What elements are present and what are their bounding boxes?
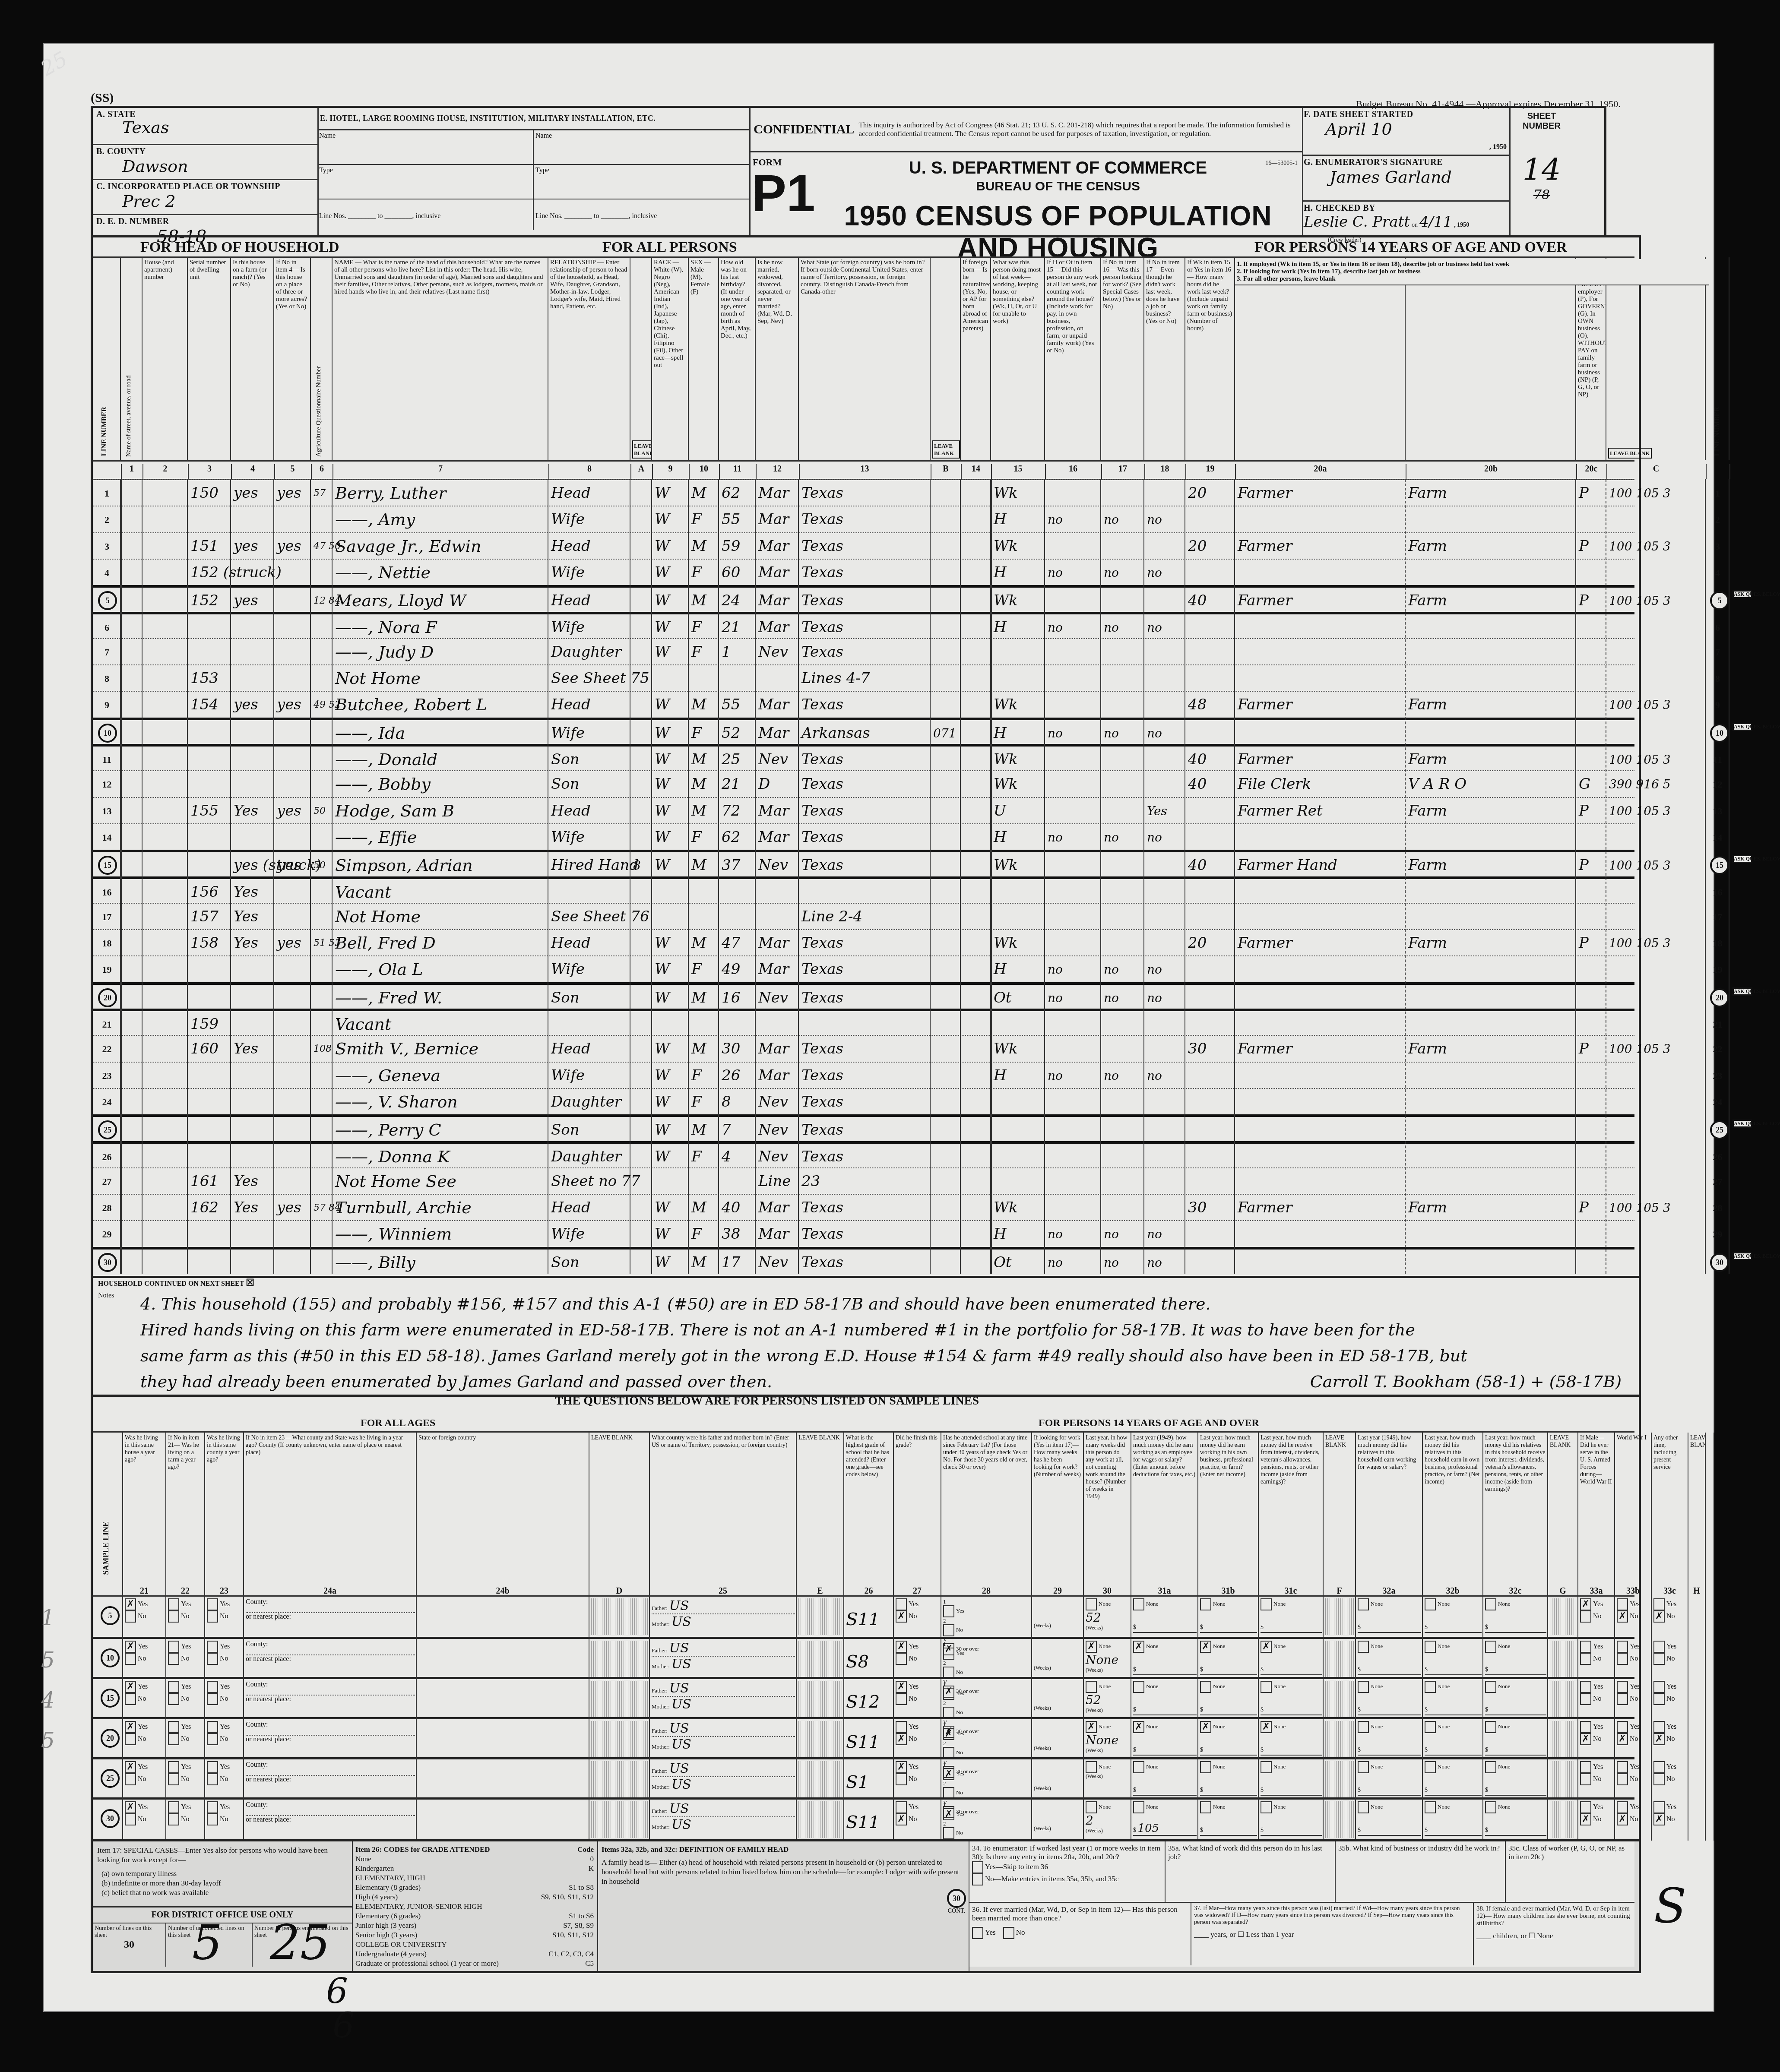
cell-sex: F [691, 720, 718, 745]
income-32c[interactable]: None$ [1485, 1721, 1546, 1756]
checkbox[interactable] [896, 1721, 907, 1733]
armed-forces-33c[interactable]: Yes✗No [1653, 1598, 1687, 1623]
cell-hours: 30 [1188, 1036, 1234, 1061]
income-31c[interactable]: None$ [1261, 1761, 1322, 1796]
income-32c[interactable]: None$ [1485, 1681, 1546, 1715]
cell-name: ——, Donald [335, 747, 548, 772]
q21-checkboxes[interactable]: ✗YesNo [125, 1598, 165, 1623]
cell-agri [314, 665, 332, 690]
q23-checkboxes[interactable]: YesNo [207, 1681, 242, 1705]
income-31b[interactable]: None$ [1200, 1761, 1257, 1796]
residence-county-field[interactable]: County:or nearest place: [246, 1598, 415, 1621]
q22-checkboxes[interactable]: YesNo [168, 1801, 203, 1825]
checkbox[interactable]: ✗ [1133, 1721, 1144, 1733]
income-31c[interactable]: None$ [1261, 1598, 1322, 1633]
checkbox[interactable] [1485, 1598, 1496, 1610]
checkbox[interactable] [1580, 1801, 1591, 1813]
cell-sex [691, 1168, 718, 1193]
checkbox[interactable] [1425, 1681, 1436, 1693]
checkbox[interactable]: ✗ [896, 1681, 907, 1693]
armed-forces-33b[interactable]: YesNo [1617, 1641, 1650, 1665]
cell-name: ——, Amy [335, 506, 548, 531]
income-32b[interactable]: None$ [1425, 1641, 1482, 1675]
checkbox[interactable] [1617, 1653, 1628, 1665]
checkbox[interactable] [207, 1693, 218, 1705]
cell-agri [314, 747, 332, 772]
residence-county-field[interactable]: County:or nearest place: [246, 1641, 415, 1663]
cell-code [1609, 560, 1705, 585]
cell-hours: 40 [1188, 747, 1234, 772]
column-number-18: 18 [1144, 464, 1186, 479]
line-number: 23 [1706, 1063, 1729, 1088]
armed-forces-33c[interactable]: YesNo [1653, 1761, 1687, 1785]
q22-checkboxes[interactable]: YesNo [168, 1641, 203, 1665]
cell-name: Simpson, Adrian [335, 852, 548, 877]
checkbox[interactable]: ✗ [943, 1768, 954, 1780]
line-number: 22 [93, 1036, 121, 1061]
checked-year: , 1950 [1454, 222, 1469, 228]
checkbox[interactable]: ✗ [1200, 1721, 1211, 1733]
checkbox[interactable] [1086, 1801, 1097, 1813]
residence-county-field[interactable]: County:or nearest place: [246, 1721, 415, 1743]
checkbox[interactable]: ✗ [1200, 1641, 1211, 1653]
leave-blank-d [591, 1721, 648, 1758]
checkbox[interactable] [1617, 1693, 1628, 1705]
checkbox[interactable] [207, 1610, 218, 1623]
table-row: 11150yesyes57Berry, LutherHeadWM62MarTex… [93, 479, 1634, 506]
income-31a[interactable]: None$ [1133, 1761, 1197, 1796]
cell-activity: Wk [994, 480, 1044, 505]
checkbox[interactable] [1485, 1641, 1496, 1653]
checkbox[interactable] [1653, 1641, 1665, 1653]
line-number: 10ASK QUES. BELOW [1706, 720, 1729, 745]
checkbox[interactable] [168, 1610, 179, 1623]
q27-checkboxes[interactable]: ✗YesNo [896, 1681, 940, 1705]
checkbox[interactable]: ✗ [943, 1808, 954, 1820]
armed-forces-33c[interactable]: Yes✗No [1653, 1721, 1687, 1745]
checkbox[interactable] [1617, 1761, 1628, 1773]
checkbox[interactable] [207, 1733, 218, 1745]
residence-county-field[interactable]: County:or nearest place: [246, 1761, 415, 1784]
cell-age [722, 665, 755, 690]
checkbox[interactable] [1261, 1801, 1272, 1813]
checkbox[interactable]: ✗ [1617, 1813, 1628, 1825]
checkbox[interactable]: ✗ [943, 1728, 954, 1740]
checkbox[interactable] [207, 1653, 218, 1665]
checkbox[interactable] [1653, 1773, 1665, 1785]
checkbox[interactable] [207, 1721, 218, 1733]
residence-county-field[interactable]: County:or nearest place: [246, 1681, 415, 1703]
checkbox[interactable] [943, 1624, 954, 1636]
sample-header-24b: State or foreign country24b [417, 1433, 589, 1597]
income-31b[interactable]: ✗None$ [1200, 1721, 1257, 1756]
checkbox[interactable] [1653, 1801, 1665, 1813]
income-32b[interactable]: None$ [1425, 1761, 1482, 1796]
checkbox[interactable] [168, 1721, 179, 1733]
cell-q16: no [1048, 506, 1100, 531]
checkbox[interactable] [896, 1773, 907, 1785]
income-32b[interactable]: None$ [1425, 1801, 1482, 1836]
checkbox[interactable] [1617, 1681, 1628, 1693]
weeks-worked: ✗NoneNone(Weeks) [1086, 1721, 1130, 1754]
checkbox[interactable] [1358, 1598, 1369, 1610]
income-31b[interactable]: None$ [1200, 1681, 1257, 1715]
sample-header-26: What is the highest grade of school that… [844, 1433, 894, 1597]
checkbox[interactable] [1580, 1773, 1591, 1785]
checkbox[interactable] [1133, 1801, 1144, 1813]
q21-checkboxes[interactable]: ✗YesNo [125, 1761, 165, 1785]
sample-line-badge: 15 [98, 856, 117, 875]
checkbox[interactable]: ✗ [896, 1610, 907, 1623]
margin-tally: 4 [41, 1688, 55, 1713]
income-32a[interactable]: None$ [1358, 1681, 1421, 1715]
checkbox[interactable] [896, 1653, 907, 1665]
q22-checkboxes[interactable]: YesNo [168, 1761, 203, 1785]
income-31c[interactable]: ✗None$ [1261, 1721, 1322, 1756]
q23-checkboxes[interactable]: YesNo [207, 1598, 242, 1623]
column-number-7: 7 [333, 464, 549, 479]
checkbox[interactable] [1425, 1721, 1436, 1733]
checkbox[interactable] [1358, 1641, 1369, 1653]
q21-checkboxes[interactable]: ✗YesNo [125, 1641, 165, 1665]
checkbox[interactable] [125, 1693, 136, 1705]
q36-yes-checkbox[interactable] [972, 1927, 983, 1939]
checkbox[interactable] [1580, 1641, 1591, 1653]
checkbox[interactable]: ✗ [125, 1641, 136, 1653]
checkbox[interactable]: ✗ [1261, 1721, 1272, 1733]
checkbox[interactable] [1653, 1653, 1665, 1665]
cell-colA [633, 506, 651, 531]
checkbox[interactable] [207, 1813, 218, 1825]
checkbox[interactable] [1653, 1721, 1665, 1733]
armed-forces-33c[interactable]: YesNo [1653, 1681, 1687, 1705]
cell-farm [234, 1250, 273, 1275]
household-continued-checkbox[interactable]: ☒ [246, 1277, 254, 1288]
armed-forces-33b[interactable]: Yes✗No [1617, 1801, 1650, 1825]
table-row: 66——, Nora FWifeWF21MarTexasHnonono [93, 612, 1634, 641]
income-31c[interactable]: None$ [1261, 1801, 1322, 1836]
income-31a[interactable]: ✗None$ [1133, 1641, 1197, 1675]
checkbox[interactable] [168, 1693, 179, 1705]
sample-line-badge: 5 [1710, 591, 1729, 610]
armed-forces-33c[interactable]: YesNo [1653, 1641, 1687, 1665]
checkbox[interactable] [1425, 1641, 1436, 1653]
form-id: P1 [752, 170, 815, 217]
checkbox[interactable] [1261, 1681, 1272, 1693]
checkbox[interactable] [1425, 1598, 1436, 1610]
checkbox[interactable]: ✗ [1617, 1610, 1628, 1623]
income-31a[interactable]: ✗None$ [1133, 1721, 1197, 1756]
checkbox[interactable]: ✗ [1653, 1813, 1665, 1825]
checkbox[interactable] [1485, 1761, 1496, 1773]
checkbox[interactable]: ✗ [125, 1801, 136, 1813]
checkbox[interactable] [896, 1801, 907, 1813]
checkbox[interactable] [207, 1681, 218, 1693]
sample-line-badge: 10 [1710, 724, 1729, 743]
cell-hours [1188, 904, 1234, 929]
cell-dwelling [190, 747, 230, 772]
armed-forces-33a[interactable]: YesNo [1580, 1681, 1613, 1705]
q27-checkboxes[interactable]: Yes✗No [896, 1721, 940, 1745]
cell-agri: 57 84 [314, 1195, 332, 1220]
schedule-rows: 11150yesyes57Berry, LutherHeadWM62MarTex… [93, 479, 1634, 1274]
income-32c[interactable]: None$ [1485, 1598, 1546, 1633]
checkbox[interactable] [1485, 1721, 1496, 1733]
checkbox[interactable] [1358, 1801, 1369, 1813]
grade-code-label: Code [577, 1845, 594, 1854]
checkbox[interactable] [168, 1653, 179, 1665]
armed-forces-33a[interactable]: YesNo [1580, 1641, 1613, 1665]
checkbox[interactable] [1358, 1681, 1369, 1693]
checkbox[interactable] [1086, 1761, 1097, 1773]
checkbox[interactable] [1617, 1773, 1628, 1785]
q27-checkboxes[interactable]: ✗YesNo [896, 1761, 940, 1785]
armed-forces-33a[interactable]: Yes✗No [1580, 1721, 1613, 1745]
checkbox[interactable]: ✗ [125, 1598, 136, 1610]
residence-county-field[interactable]: County:or nearest place: [246, 1801, 415, 1824]
cell-acres: yes [277, 852, 310, 877]
cell-sex: M [691, 1250, 718, 1275]
q23-checkboxes[interactable]: YesNo [207, 1761, 242, 1785]
armed-forces-33b[interactable]: Yes✗No [1617, 1598, 1650, 1623]
checkbox[interactable] [1133, 1681, 1144, 1693]
checkbox[interactable] [1086, 1681, 1097, 1693]
q34-no-checkbox[interactable] [972, 1873, 983, 1885]
checkbox[interactable]: ✗ [125, 1681, 136, 1693]
cell-colA [633, 824, 651, 849]
line-number: 17 [1706, 904, 1729, 929]
checkbox[interactable] [207, 1773, 218, 1785]
q23-checkboxes[interactable]: YesNo [207, 1801, 242, 1825]
income-31c[interactable]: None$ [1261, 1681, 1322, 1715]
table-row: 88153Not HomeSee Sheet 75Lines 4-7 [93, 664, 1634, 692]
checkbox[interactable] [207, 1761, 218, 1773]
checkbox[interactable] [943, 1648, 954, 1660]
checkbox[interactable] [1580, 1721, 1591, 1733]
checkbox[interactable] [896, 1693, 907, 1705]
checkbox[interactable] [1425, 1761, 1436, 1773]
cell-class: P [1579, 798, 1606, 823]
leave-blank-f [1325, 1598, 1354, 1635]
income-32b[interactable]: None$ [1425, 1598, 1482, 1633]
cell-sex: F [691, 560, 718, 585]
checkbox[interactable] [1200, 1801, 1211, 1813]
checkbox[interactable] [1617, 1641, 1628, 1653]
cell-age: 21 [722, 614, 755, 639]
cell-occupation: Farmer [1238, 1036, 1405, 1061]
checkbox[interactable]: ✗ [896, 1761, 907, 1773]
checkbox[interactable] [125, 1773, 136, 1785]
cell-colA [633, 1250, 651, 1275]
q27-checkboxes[interactable]: ✗YesNo [896, 1641, 940, 1665]
table-row: 1212——, BobbySonWM21DTexasWk40File Clerk… [93, 770, 1634, 797]
column-header-12: Is he now married, widowed, divorced, se… [756, 257, 799, 460]
income-32a[interactable]: None$ [1358, 1721, 1421, 1756]
armed-forces-33b[interactable]: Yes✗No [1617, 1721, 1650, 1745]
checkbox[interactable] [168, 1598, 179, 1610]
income-32a[interactable]: None$ [1358, 1641, 1421, 1675]
checkbox[interactable] [1580, 1653, 1591, 1665]
checkbox[interactable]: ✗ [1580, 1733, 1591, 1745]
column-divider [1422, 1597, 1423, 1841]
cell-code: 100 105 3 [1609, 480, 1705, 505]
cell-code [1609, 956, 1705, 981]
income-32a[interactable]: None$ [1358, 1761, 1421, 1796]
income-32c[interactable]: None$ [1485, 1761, 1546, 1796]
checkbox[interactable]: ✗ [1653, 1733, 1665, 1745]
cell-colA [633, 798, 651, 823]
checkbox[interactable] [943, 1605, 954, 1617]
checkbox[interactable] [168, 1813, 179, 1825]
cell-code: 100 105 3 [1609, 747, 1705, 772]
income-32b[interactable]: None$ [1425, 1681, 1482, 1715]
q22-checkboxes[interactable]: YesNo [168, 1598, 203, 1623]
checkbox[interactable]: ✗ [896, 1813, 907, 1825]
checkbox[interactable] [1358, 1721, 1369, 1733]
checkbox[interactable] [1261, 1761, 1272, 1773]
q23-checkboxes[interactable]: YesNo [207, 1721, 242, 1745]
checkbox[interactable] [1653, 1681, 1665, 1693]
checkbox[interactable] [1133, 1598, 1144, 1610]
q23-checkboxes[interactable]: YesNo [207, 1641, 242, 1665]
armed-forces-33a[interactable]: Yes✗No [1580, 1801, 1613, 1825]
q34-text: 34. To enumerator: If worked last year (… [972, 1844, 1162, 1861]
checkbox[interactable] [1617, 1721, 1628, 1733]
checkbox[interactable] [1485, 1681, 1496, 1693]
income-31a[interactable]: None$ 105 [1133, 1801, 1197, 1836]
income-32b[interactable]: None$ [1425, 1721, 1482, 1756]
checkbox[interactable] [1653, 1693, 1665, 1705]
checkbox[interactable]: ✗ [125, 1761, 136, 1773]
column-number-lineL [93, 464, 122, 479]
cell-occupation [1238, 1168, 1405, 1193]
cell-hours: 40 [1188, 852, 1234, 877]
checkbox[interactable] [125, 1610, 136, 1623]
checkbox[interactable] [168, 1681, 179, 1693]
checkbox[interactable] [1580, 1681, 1591, 1693]
checkbox[interactable]: ✗ [1261, 1641, 1272, 1653]
checkbox[interactable] [1617, 1598, 1628, 1610]
income-32a[interactable]: None$ [1358, 1801, 1421, 1836]
checkbox[interactable] [207, 1598, 218, 1610]
checkbox[interactable] [1617, 1801, 1628, 1813]
leave-blank-d [591, 1641, 648, 1677]
income-32c[interactable]: None$ [1485, 1801, 1546, 1836]
q21-checkboxes[interactable]: ✗YesNo [125, 1681, 165, 1705]
checkbox[interactable] [1200, 1598, 1211, 1610]
checkbox[interactable] [1580, 1761, 1591, 1773]
checkbox[interactable] [125, 1733, 136, 1745]
income-31c[interactable]: ✗None$ [1261, 1641, 1322, 1675]
checkbox[interactable]: ✗ [125, 1721, 136, 1733]
checkbox[interactable]: ✗ [1133, 1641, 1144, 1653]
checkbox[interactable]: ✗ [896, 1641, 907, 1653]
checkbox[interactable] [1485, 1801, 1496, 1813]
column-divider [416, 1597, 417, 1841]
checkbox[interactable] [207, 1641, 218, 1653]
q22-checkboxes[interactable]: YesNo [168, 1721, 203, 1745]
q27-checkboxes[interactable]: Yes✗No [896, 1598, 940, 1623]
checkbox[interactable] [1653, 1598, 1665, 1610]
checkbox[interactable] [168, 1641, 179, 1653]
cell-marital: D [758, 771, 798, 796]
checkbox[interactable] [1653, 1761, 1665, 1773]
checkbox[interactable] [1580, 1693, 1591, 1705]
q34-yes-checkbox[interactable] [972, 1861, 983, 1873]
checkbox[interactable] [1425, 1801, 1436, 1813]
q36-no-checkbox[interactable] [1003, 1927, 1014, 1939]
checkbox[interactable] [168, 1773, 179, 1785]
checkbox[interactable] [1358, 1761, 1369, 1773]
checkbox[interactable]: ✗ [1653, 1610, 1665, 1623]
q22-checkboxes[interactable]: YesNo [168, 1681, 203, 1705]
checkbox[interactable] [1261, 1598, 1272, 1610]
family-head-title: Items 32a, 32b, and 32c: DEFINITION OF F… [602, 1845, 965, 1854]
checkbox[interactable] [943, 1688, 954, 1700]
checkbox[interactable]: ✗ [1580, 1598, 1591, 1610]
q36-no-label: No [1016, 1928, 1025, 1936]
grade-codes-title: Item 26: CODES for GRADE ATTENDED [355, 1845, 490, 1854]
checkbox[interactable]: ✗ [1086, 1721, 1097, 1733]
cell-rel: Wife [551, 560, 630, 585]
income-31b[interactable]: None$ [1200, 1598, 1257, 1633]
checkbox[interactable] [125, 1813, 136, 1825]
checkbox[interactable] [1580, 1610, 1591, 1623]
checkbox[interactable] [168, 1801, 179, 1813]
armed-forces-33c[interactable]: Yes✗No [1653, 1801, 1687, 1825]
income-31a[interactable]: None$ [1133, 1598, 1197, 1633]
checkbox[interactable] [1086, 1598, 1097, 1610]
cell-activity: H [994, 506, 1044, 531]
q21-checkboxes[interactable]: ✗YesNo [125, 1721, 165, 1745]
income-32c[interactable]: None$ [1485, 1641, 1546, 1675]
income-32a[interactable]: None$ [1358, 1598, 1421, 1633]
checkbox[interactable] [168, 1761, 179, 1773]
checkbox[interactable] [896, 1598, 907, 1610]
armed-forces-33a[interactable]: ✗YesNo [1580, 1598, 1613, 1623]
income-31b[interactable]: ✗None$ [1200, 1641, 1257, 1675]
line-number: 13 [93, 798, 121, 823]
income-31a[interactable]: None$ [1133, 1681, 1197, 1715]
armed-forces-33a[interactable]: YesNo [1580, 1761, 1613, 1785]
cell-age: 30 [722, 1036, 755, 1061]
column-header-text: Agriculture Questionnaire Number [315, 267, 323, 457]
cell-farm: Yes [234, 904, 273, 929]
cell-acres [277, 1036, 310, 1061]
checkbox[interactable] [943, 1827, 954, 1839]
checkbox[interactable] [125, 1653, 136, 1665]
armed-forces-33b[interactable]: YesNo [1617, 1761, 1650, 1785]
cell-agri [314, 506, 332, 531]
checkbox[interactable] [1133, 1761, 1144, 1773]
q21-checkboxes[interactable]: ✗YesNo [125, 1801, 165, 1825]
checkbox[interactable]: ✗ [1086, 1641, 1097, 1653]
cell-colB [933, 1144, 960, 1169]
sample-line-badge: 25 [1710, 1120, 1729, 1139]
armed-forces-33b[interactable]: YesNo [1617, 1681, 1650, 1705]
checkbox[interactable]: ✗ [1617, 1733, 1628, 1745]
checkbox[interactable] [207, 1801, 218, 1813]
sample-header-number: 28 [941, 1588, 1031, 1595]
income-31b[interactable]: None$ [1200, 1801, 1257, 1836]
checkbox[interactable] [1200, 1761, 1211, 1773]
checkbox[interactable] [1200, 1681, 1211, 1693]
checkbox[interactable]: ✗ [896, 1733, 907, 1745]
sample-header-33a: If Male— Did he ever serve in the U. S. … [1578, 1433, 1615, 1597]
q27-checkboxes[interactable]: Yes✗No [896, 1801, 940, 1825]
checkbox[interactable] [168, 1733, 179, 1745]
checkbox[interactable]: ✗ [1580, 1813, 1591, 1825]
